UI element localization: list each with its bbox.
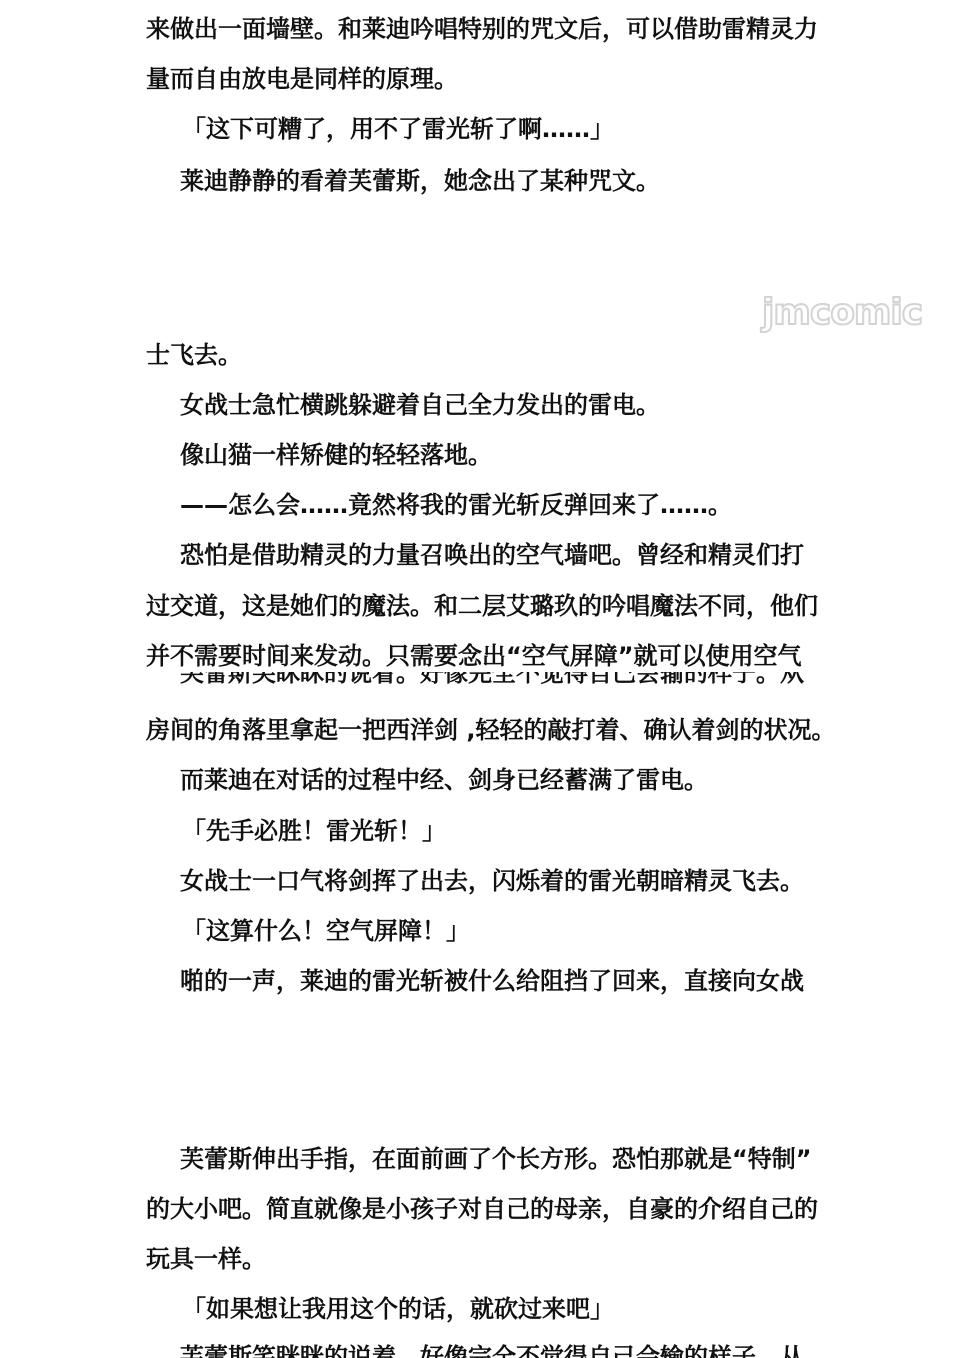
text-line: 的大小吧。简直就像是小孩子对自己的母亲，自豪的介绍自己的 xyxy=(146,1194,826,1224)
dialogue-line: 「先手必胜！雷光斩！」 xyxy=(182,816,862,846)
text-line: 恐怕是借助精灵的力量召唤出的空气墙吧。曾经和精灵们打 xyxy=(180,540,860,570)
dialogue-line: 「如果想让我用这个的话，就砍过来吧」 xyxy=(182,1294,862,1324)
dialogue-line: 「这算什么！空气屏障！」 xyxy=(182,916,862,946)
jmcomic-watermark-logo: jmcomic xyxy=(762,292,922,333)
text-line: 士飞去。 xyxy=(146,340,826,370)
text-line: 而莱迪在对话的过程中经、剑身已经蓄满了雷电。 xyxy=(180,765,860,795)
text-line: 过交道，这是她们的魔法。和二层艾璐玖的吟唱魔法不同，他们 xyxy=(146,591,826,621)
clipped-text-line: 芙蕾斯笑眯眯的说着。好像完全不觉得自己会输的样子。从 xyxy=(180,672,860,688)
dialogue-line: 「这下可糟了，用不了雷光斩了啊……」 xyxy=(182,114,862,144)
text-line: 房间的角落里拿起一把西洋剑 ,轻轻的敲打着、确认着剑的状况。 xyxy=(146,715,826,745)
text-line: 像山猫一样矫健的轻轻落地。 xyxy=(180,440,860,470)
text-line: 并不需要时间来发动。只需要念出“空气屏障”就可以使用空气 xyxy=(146,641,826,671)
text-line: 来做出一面墙壁。和莱迪吟唱特别的咒文后，可以借助雷精灵力 xyxy=(146,14,826,44)
text-line: ——怎么会……竟然将我的雷光斩反弹回来了……。 xyxy=(180,490,860,520)
text-line: 女战士一口气将剑挥了出去，闪烁着的雷光朝暗精灵飞去。 xyxy=(180,866,860,896)
text-line: 女战士急忙横跳躲避着自己全力发出的雷电。 xyxy=(180,390,860,420)
text-line: 芙蕾斯伸出手指，在面前画了个长方形。恐怕那就是“特制” xyxy=(180,1144,860,1174)
text-line: 量而自由放电是同样的原理。 xyxy=(146,64,826,94)
text-line: 啪的一声，莱迪的雷光斩被什么给阻挡了回来，直接向女战 xyxy=(180,966,860,996)
text-line: 莱迪静静的看着芙蕾斯，她念出了某种咒文。 xyxy=(180,166,860,196)
clipped-text-line: 芙蕾斯笑眯眯的说着，好像完全不觉得自己会输的样子。从 xyxy=(180,1342,860,1358)
text-line: 玩具一样。 xyxy=(146,1244,826,1274)
clipped-text: 芙蕾斯笑眯眯的说着。好像完全不觉得自己会输的样子。从 xyxy=(180,672,860,688)
